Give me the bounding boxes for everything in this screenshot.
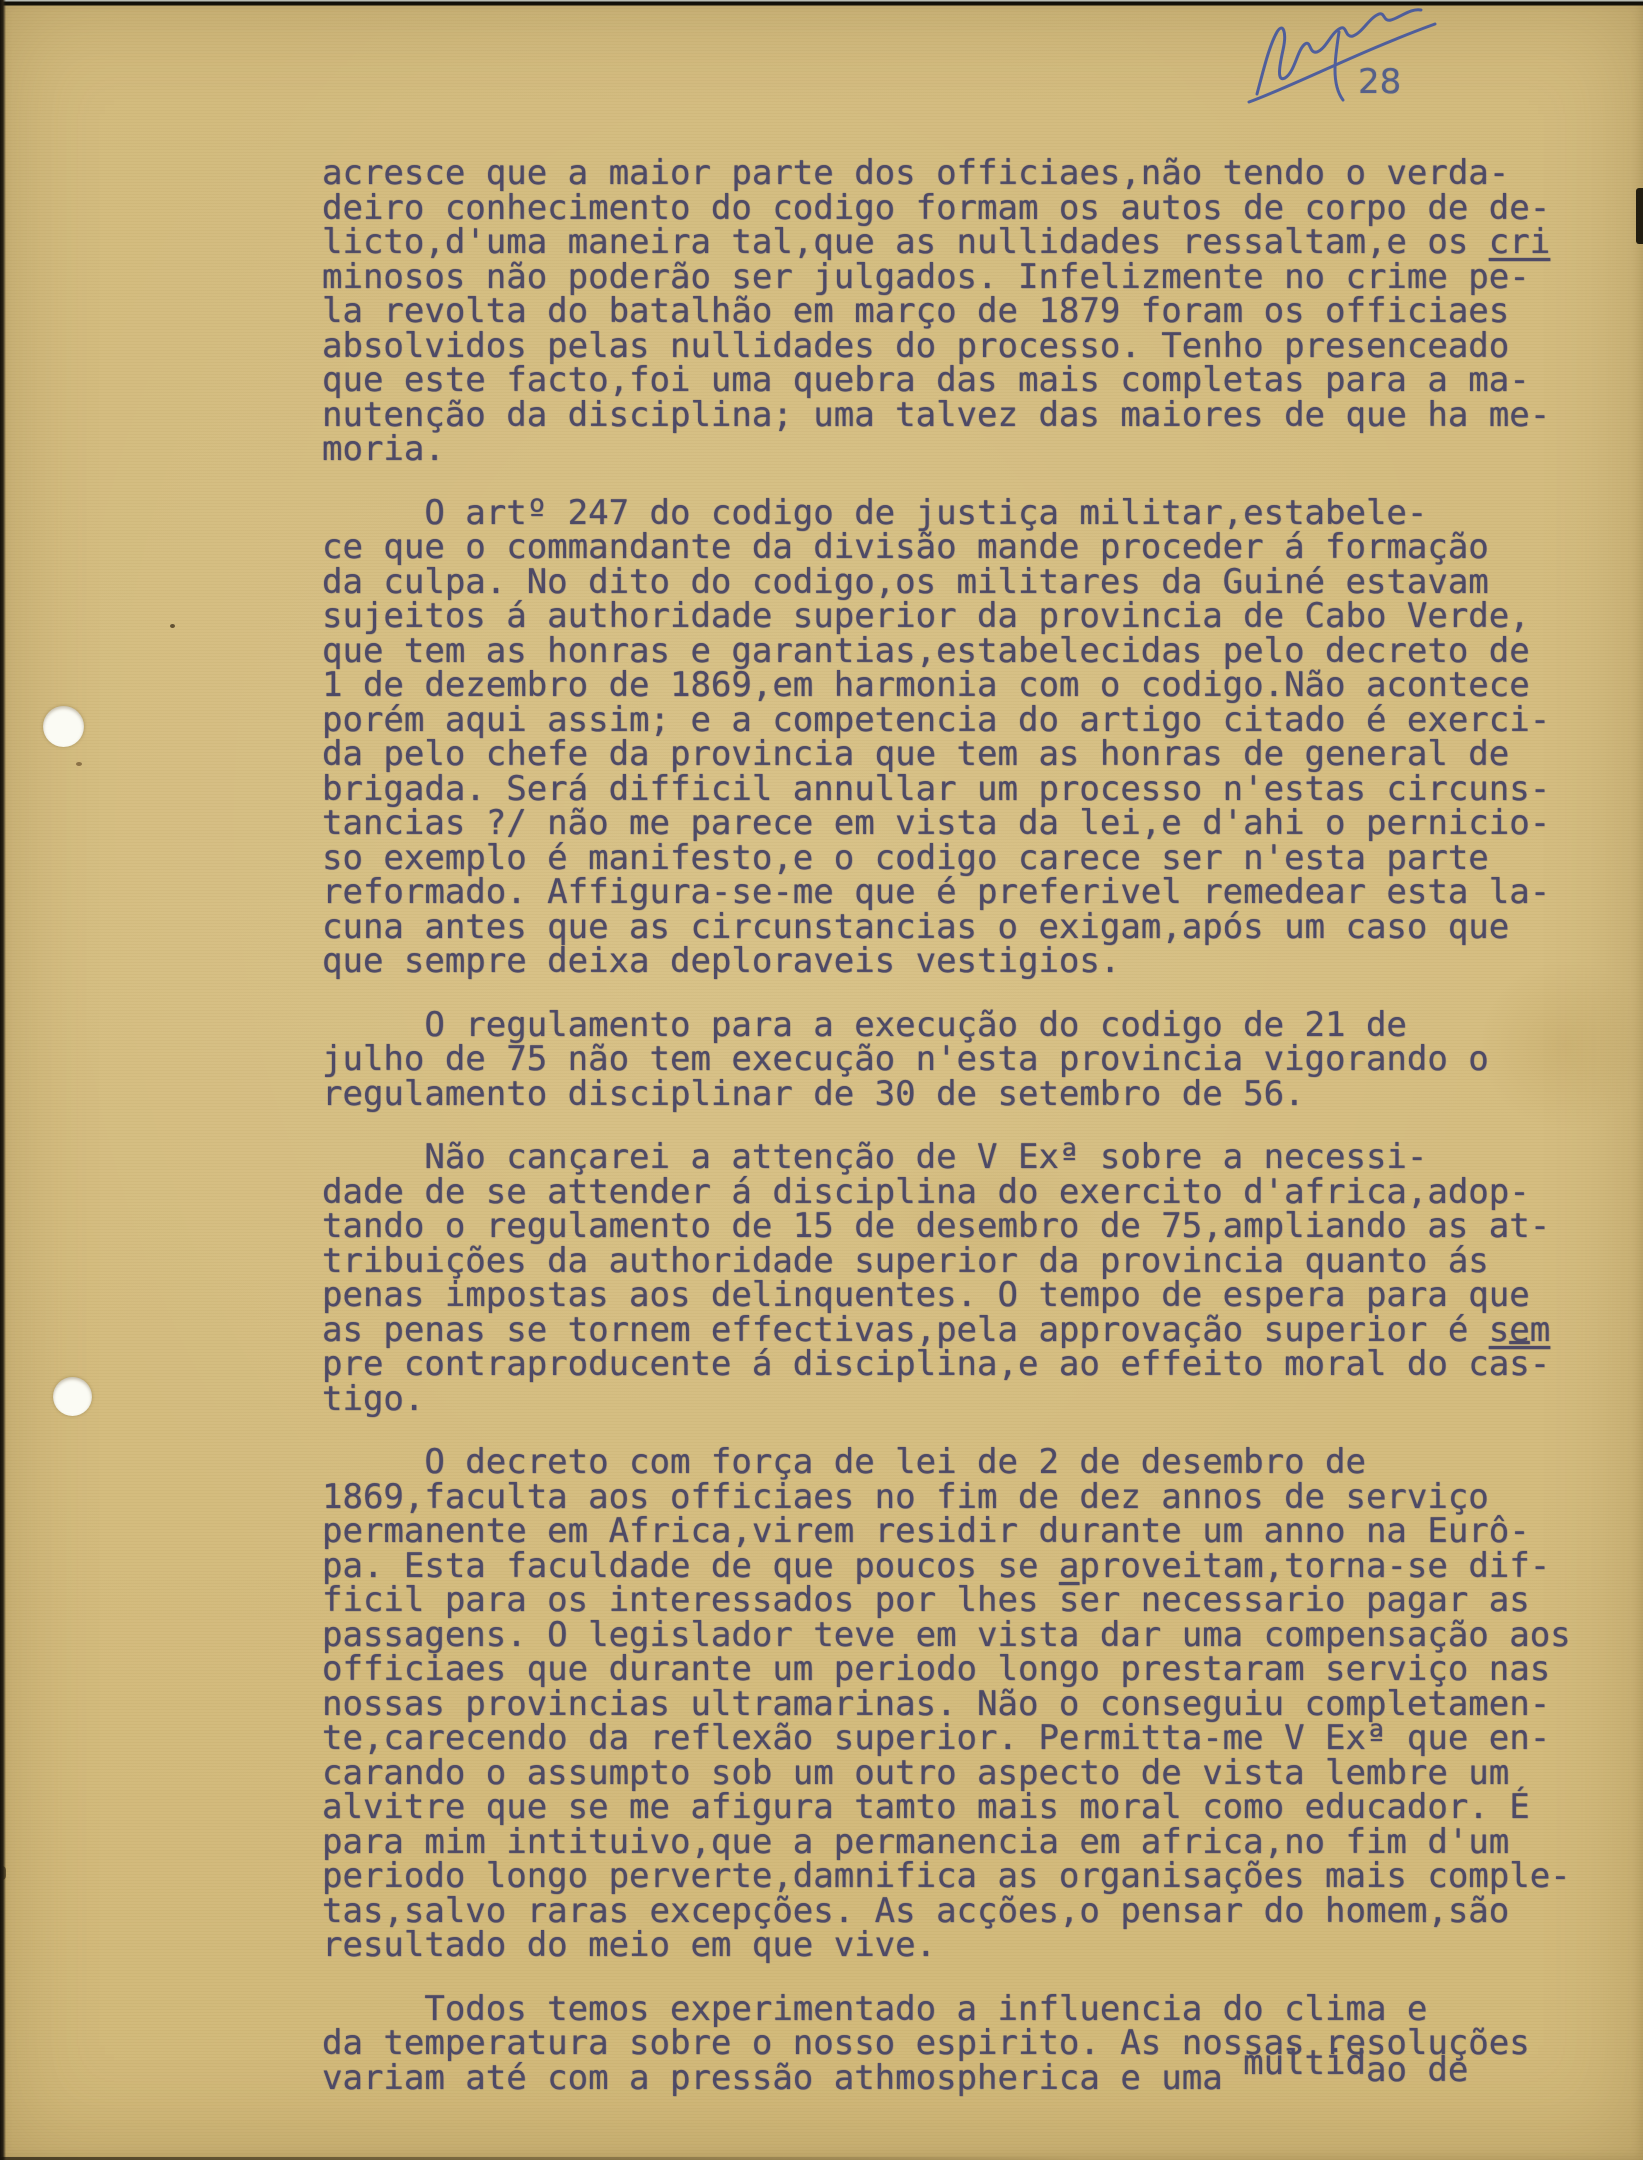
- text-line: reformado. Affigura-se-me que é preferiv…: [322, 875, 1571, 910]
- scan-edge-left: [0, 0, 6, 2160]
- paragraph: Não cançarei a attenção de V Exª sobre a…: [322, 1140, 1571, 1416]
- text-line: periodo longo perverte,damnifica as orga…: [322, 1859, 1571, 1894]
- handwritten-signature: [1243, 2, 1447, 112]
- typewritten-text: acresce que a maior parte dos officiaes,…: [322, 156, 1571, 2095]
- punch-hole: [53, 1377, 92, 1416]
- scan-edge-mark: [1636, 188, 1643, 244]
- text-line: sujeitos á authoridade superior da provi…: [322, 599, 1571, 634]
- text-line: que tem as honras e garantias,estabeleci…: [322, 634, 1571, 669]
- text-line: minosos não poderão ser julgados. Infeli…: [322, 260, 1571, 295]
- paragraph: O decreto com força de lei de 2 de desem…: [322, 1445, 1571, 1963]
- text-line: tribuições da authoridade superior da pr…: [322, 1244, 1571, 1279]
- paper-speck: [76, 762, 82, 766]
- text-line: da culpa. No dito do codigo,os militares…: [322, 565, 1571, 600]
- paper-speck: [170, 624, 175, 628]
- text-line: variam até com a pressão athmospherica e…: [322, 2061, 1571, 2096]
- text-line: brigada. Será difficil annullar um proce…: [322, 772, 1571, 807]
- text-line: O decreto com força de lei de 2 de desem…: [322, 1445, 1571, 1480]
- text-line: da pelo chefe da provincia que tem as ho…: [322, 737, 1571, 772]
- text-line: moria.: [322, 432, 1571, 467]
- text-line: ce que o commandante da divisão mande pr…: [322, 530, 1571, 565]
- text-line: as penas se tornem effectivas,pela appro…: [322, 1313, 1571, 1348]
- text-line: nutenção da disciplina; uma talvez das m…: [322, 398, 1571, 433]
- text-line: so exemplo é manifesto,e o codigo carece…: [322, 841, 1571, 876]
- text-line: O regulamento para a execução do codigo …: [322, 1008, 1571, 1043]
- text-line: tas,salvo raras excepções. As acções,o p…: [322, 1894, 1571, 1929]
- text-line: passagens. O legislador teve em vista da…: [322, 1618, 1571, 1653]
- text-line: 1 de dezembro de 1869,em harmonia com o …: [322, 668, 1571, 703]
- text-line: pre contraproducente á disciplina,e ao e…: [322, 1347, 1571, 1382]
- text-line: O artº 247 do codigo de justiça militar,…: [322, 496, 1571, 531]
- text-line: tigo.: [322, 1382, 1571, 1417]
- text-line: penas impostas aos delinquentes. O tempo…: [322, 1278, 1571, 1313]
- text-line: nossas provincias ultramarinas. Não o co…: [322, 1687, 1571, 1722]
- paragraph: acresce que a maior parte dos officiaes,…: [322, 156, 1571, 467]
- text-line: licto,d'uma maneira tal,que as nullidade…: [322, 225, 1571, 260]
- text-line: ficil para os interessados por lhes ser …: [322, 1583, 1571, 1618]
- page-number: 28: [1358, 62, 1401, 102]
- text-line: carando o assumpto sob um outro aspecto …: [322, 1756, 1571, 1791]
- text-line: porém aqui assim; e a competencia do art…: [322, 703, 1571, 738]
- text-line: la revolta do batalhão em março de 1879 …: [322, 294, 1571, 329]
- document-page: 28 acresce que a maior parte dos officia…: [0, 0, 1643, 2160]
- text-line: pa. Esta faculdade de que poucos se apro…: [322, 1549, 1571, 1584]
- text-line: te,carecendo da reflexão superior. Permi…: [322, 1721, 1571, 1756]
- text-line: alvitre que se me afigura tamto mais mor…: [322, 1790, 1571, 1825]
- punch-hole: [43, 706, 84, 747]
- text-line: tando o regulamento de 15 de desembro de…: [322, 1209, 1571, 1244]
- text-line: regulamento disciplinar de 30 de setembr…: [322, 1077, 1571, 1112]
- text-line: permanente em Africa,virem residir duran…: [322, 1514, 1571, 1549]
- text-line: Não cançarei a attenção de V Exª sobre a…: [322, 1140, 1571, 1175]
- text-line: que sempre deixa deploraveis vestigios.: [322, 944, 1571, 979]
- text-line: tancias ?/ não me parece em vista da lei…: [322, 806, 1571, 841]
- text-line: 1869,faculta aos officiaes no fim de dez…: [322, 1480, 1571, 1515]
- paragraph: O regulamento para a execução do codigo …: [322, 1008, 1571, 1112]
- text-line: absolvidos pelas nullidades do processo.…: [322, 329, 1571, 364]
- text-line: dade de se attender á disciplina do exer…: [322, 1175, 1571, 1210]
- text-line: officiaes que durante um periodo longo p…: [322, 1652, 1571, 1687]
- text-line: deiro conhecimento do codigo formam os a…: [322, 191, 1571, 226]
- text-line: Todos temos experimentado a influencia d…: [322, 1992, 1571, 2027]
- scan-edge-top: [0, 0, 1643, 6]
- text-line: resultado do meio em que vive.: [322, 1928, 1571, 1963]
- text-line: cuna antes que as circunstancias o exiga…: [322, 910, 1571, 945]
- text-line: acresce que a maior parte dos officiaes,…: [322, 156, 1571, 191]
- text-line: que este facto,foi uma quebra das mais c…: [322, 363, 1571, 398]
- text-line: para mim intituivo,que a permanencia em …: [322, 1825, 1571, 1860]
- paragraph: Todos temos experimentado a influencia d…: [322, 1992, 1571, 2096]
- text-line: julho de 75 não tem execução n'esta prov…: [322, 1042, 1571, 1077]
- paragraph: O artº 247 do codigo de justiça militar,…: [322, 496, 1571, 979]
